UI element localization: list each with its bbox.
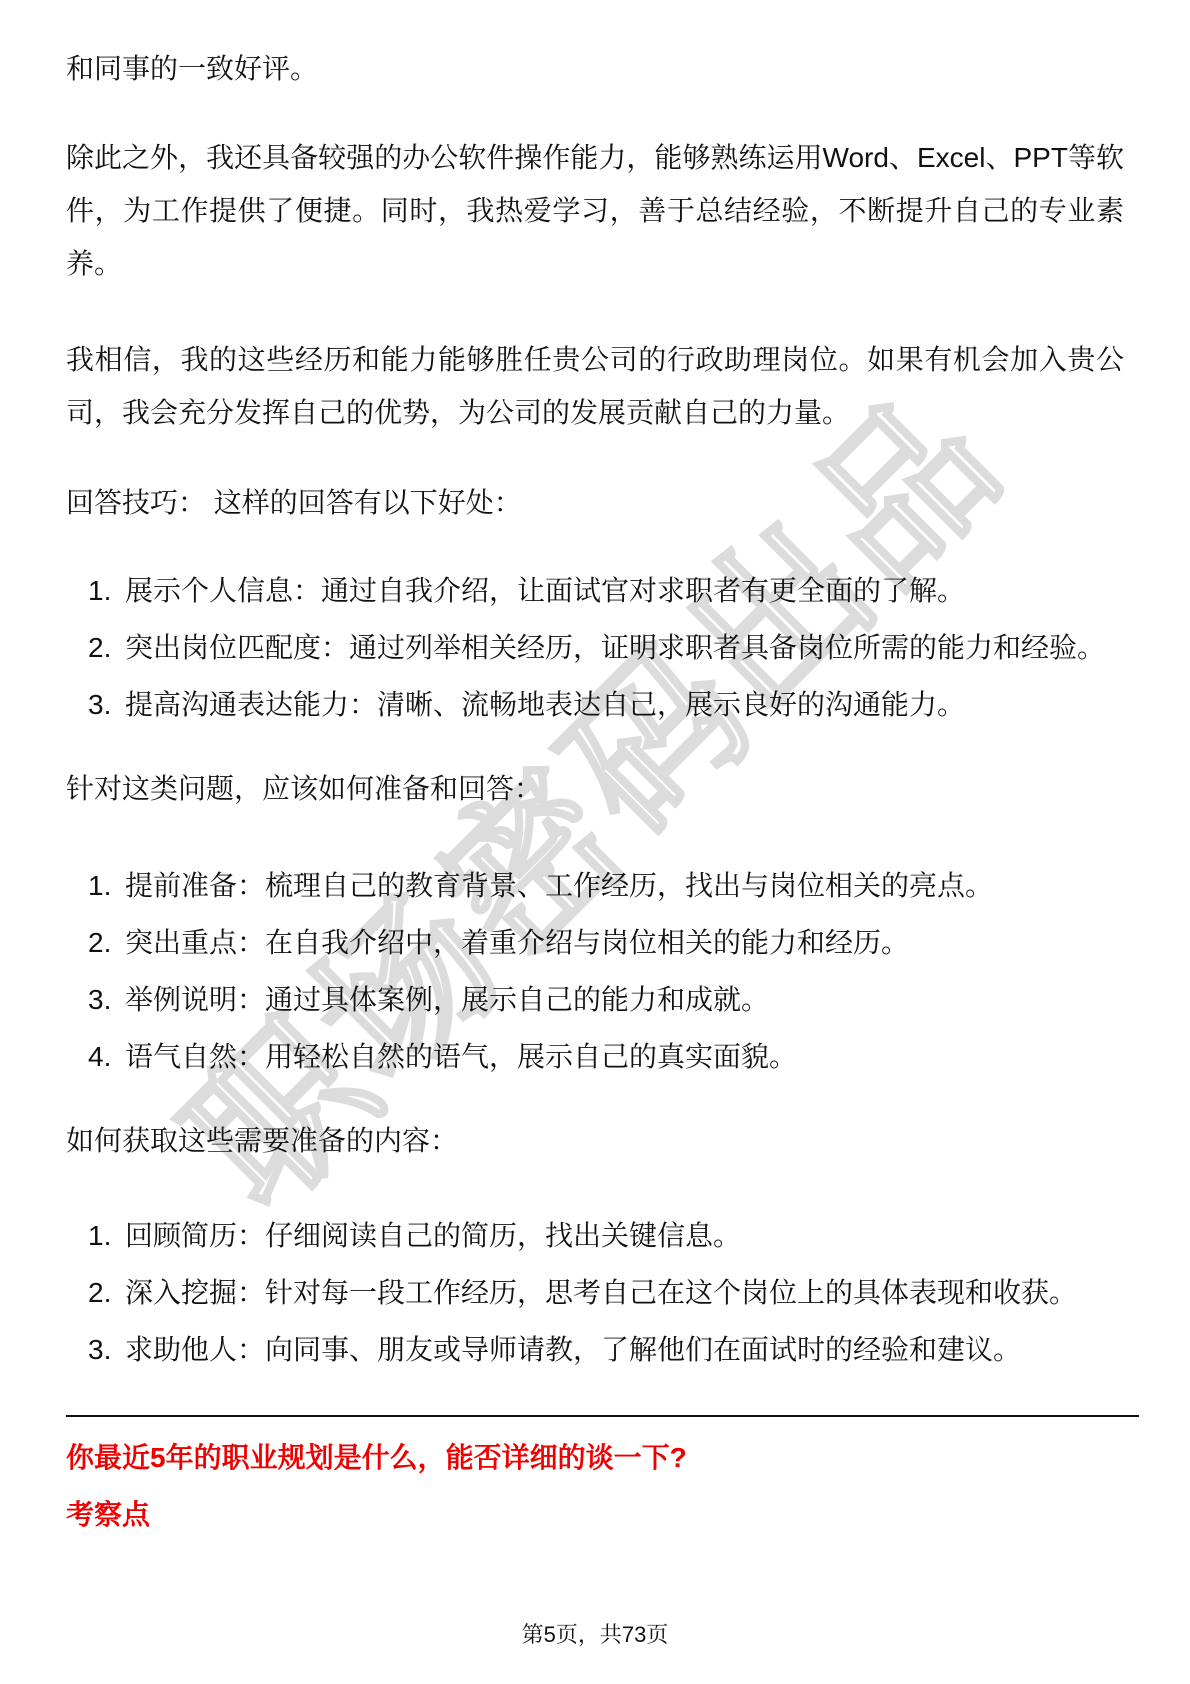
- list-item: 3. 举例说明：通过具体案例，展示自己的能力和成就。: [88, 971, 1124, 1028]
- list-item: 3. 提高沟通表达能力：清晰、流畅地表达自己，展示良好的沟通能力。: [88, 676, 1124, 733]
- paragraph-praise-tail: 和同事的一致好评。: [66, 42, 1124, 95]
- next-question-heading: 你最近5年的职业规划是什么，能否详细的谈一下?: [66, 1429, 1124, 1486]
- list-item-text: 突出岗位匹配度：通过列举相关经历，证明求职者具备岗位所需的能力和经验。: [125, 619, 1124, 676]
- list-item-text: 语气自然：用轻松自然的语气，展示自己的真实面貌。: [125, 1028, 1124, 1085]
- list-item-number: 3.: [88, 1321, 125, 1378]
- document-page: 职场密码出品 和同事的一致好评。 除此之外，我还具备较强的办公软件操作能力，能够…: [0, 0, 1190, 1684]
- heading-how-to-obtain: 如何获取这些需要准备的内容：: [66, 1114, 1124, 1167]
- list-item-number: 2.: [88, 914, 125, 971]
- page-content: 和同事的一致好评。 除此之外，我还具备较强的办公软件操作能力，能够熟练运用Wor…: [0, 0, 1190, 1543]
- list-item: 3. 求助他人：向同事、朋友或导师请教，了解他们在面试时的经验和建议。: [88, 1321, 1124, 1378]
- list-item-number: 2.: [88, 619, 125, 676]
- page-number-indicator: 第5页，共73页: [0, 1618, 1190, 1649]
- examine-point-label: 考察点: [66, 1486, 1124, 1543]
- list-item-number: 1.: [88, 1207, 125, 1264]
- list-item: 2. 突出岗位匹配度：通过列举相关经历，证明求职者具备岗位所需的能力和经验。: [88, 619, 1124, 676]
- list-item-text: 突出重点：在自我介绍中，着重介绍与岗位相关的能力和经历。: [125, 914, 1124, 971]
- list-item-text: 深入挖掘：针对每一段工作经历，思考自己在这个岗位上的具体表现和收获。: [125, 1264, 1124, 1321]
- benefits-list: 1. 展示个人信息：通过自我介绍，让面试官对求职者有更全面的了解。 2. 突出岗…: [88, 562, 1124, 733]
- list-item-text: 展示个人信息：通过自我介绍，让面试官对求职者有更全面的了解。: [125, 562, 1124, 619]
- paragraph-confidence: 我相信，我的这些经历和能力能够胜任贵公司的行政助理岗位。如果有机会加入贵公司，我…: [66, 333, 1124, 439]
- list-item: 2. 突出重点：在自我介绍中，着重介绍与岗位相关的能力和经历。: [88, 914, 1124, 971]
- list-item-text: 提高沟通表达能力：清晰、流畅地表达自己，展示良好的沟通能力。: [125, 676, 1124, 733]
- list-item: 1. 回顾简历：仔细阅读自己的简历，找出关键信息。: [88, 1207, 1124, 1264]
- obtain-steps-list: 1. 回顾简历：仔细阅读自己的简历，找出关键信息。 2. 深入挖掘：针对每一段工…: [88, 1207, 1124, 1378]
- list-item-number: 2.: [88, 1264, 125, 1321]
- heading-answer-technique: 回答技巧： 这样的回答有以下好处：: [66, 476, 1124, 529]
- section-divider: [66, 1415, 1139, 1417]
- list-item-number: 1.: [88, 857, 125, 914]
- list-item: 1. 提前准备：梳理自己的教育背景、工作经历，找出与岗位相关的亮点。: [88, 857, 1124, 914]
- list-item: 1. 展示个人信息：通过自我介绍，让面试官对求职者有更全面的了解。: [88, 562, 1124, 619]
- heading-how-to-prepare: 针对这类问题，应该如何准备和回答：: [66, 762, 1124, 815]
- list-item-text: 求助他人：向同事、朋友或导师请教，了解他们在面试时的经验和建议。: [125, 1321, 1124, 1378]
- list-item-text: 举例说明：通过具体案例，展示自己的能力和成就。: [125, 971, 1124, 1028]
- list-item-number: 4.: [88, 1028, 125, 1085]
- list-item-text: 回顾简历：仔细阅读自己的简历，找出关键信息。: [125, 1207, 1124, 1264]
- prepare-steps-list: 1. 提前准备：梳理自己的教育背景、工作经历，找出与岗位相关的亮点。 2. 突出…: [88, 857, 1124, 1085]
- paragraph-office-skills: 除此之外，我还具备较强的办公软件操作能力，能够熟练运用Word、Excel、PP…: [66, 131, 1124, 290]
- list-item-number: 3.: [88, 971, 125, 1028]
- list-item-number: 1.: [88, 562, 125, 619]
- list-item-number: 3.: [88, 676, 125, 733]
- list-item: 2. 深入挖掘：针对每一段工作经历，思考自己在这个岗位上的具体表现和收获。: [88, 1264, 1124, 1321]
- list-item-text: 提前准备：梳理自己的教育背景、工作经历，找出与岗位相关的亮点。: [125, 857, 1124, 914]
- list-item: 4. 语气自然：用轻松自然的语气，展示自己的真实面貌。: [88, 1028, 1124, 1085]
